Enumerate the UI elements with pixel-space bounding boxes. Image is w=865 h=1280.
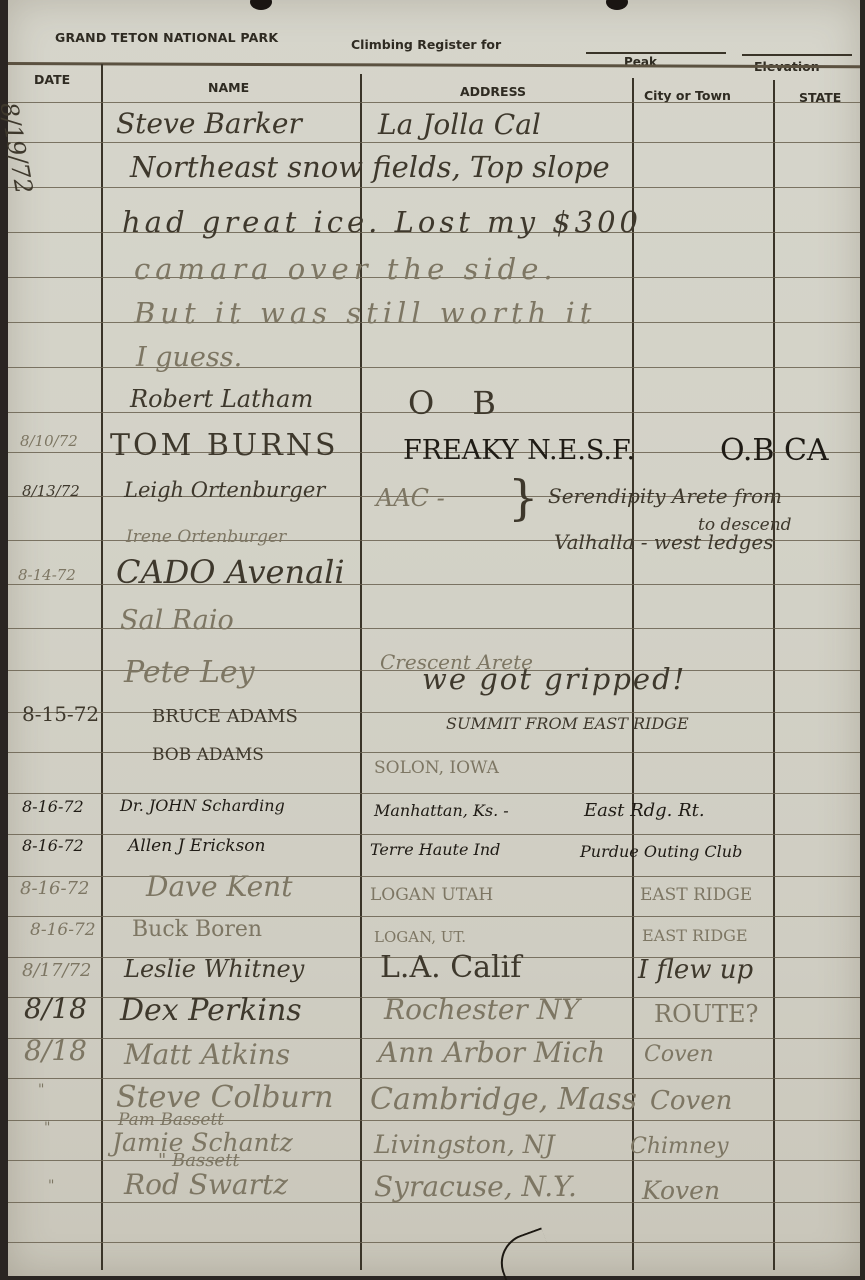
entry-name: Robert Latham: [130, 385, 313, 413]
entry-date: 8/17/72: [22, 960, 91, 981]
entry-note-line: I guess.: [136, 342, 242, 373]
entry-name: Irene Ortenburger: [126, 527, 286, 547]
ruled-line: [8, 142, 860, 143]
entry-address: L.A. Calif: [380, 950, 521, 985]
ruled-line: [8, 1242, 860, 1243]
entry-name: BRUCE ADAMS: [152, 706, 298, 727]
entry-name: Leslie Whitney: [124, 955, 304, 983]
punch-hole: [250, 0, 272, 10]
entry-address: Syracuse, N.Y.: [374, 1170, 577, 1203]
entry-name: TOM BURNS: [110, 428, 339, 463]
ruled-line: [8, 712, 860, 713]
entry-route: Valhalla - west ledges: [554, 530, 773, 554]
header-rule: [8, 62, 860, 68]
entry-address: O B: [408, 384, 510, 422]
punch-hole: [606, 0, 628, 10]
entry-name: Dex Perkins: [120, 993, 302, 1028]
entry-name: Sal Raio: [120, 605, 234, 636]
elevation-blank-line: [742, 54, 852, 56]
entry-route: East Rdg. Rt.: [584, 800, 705, 821]
entry-route: Coven: [650, 1086, 732, 1116]
entry-address: Terre Haute Ind: [370, 840, 500, 859]
entry-address: Cambridge, Mass: [370, 1082, 637, 1117]
entry-date: 8-16-72: [22, 797, 84, 816]
entry-note: we got gripped!: [422, 662, 686, 696]
entry-name: Steve Barker: [116, 107, 302, 140]
brace-symbol: }: [508, 470, 539, 526]
entry-name: Leigh Ortenburger: [124, 478, 325, 502]
entry-note-line: had great ice. Lost my $300: [122, 205, 642, 239]
entry-address: La Jolla Cal: [378, 108, 541, 141]
entry-name: Dave Kent: [146, 870, 292, 903]
entry-route: SUMMIT FROM EAST RIDGE: [446, 714, 689, 733]
entry-address: FREAKY N.E.S.F.: [403, 435, 635, 466]
entry-route: Serendipity Arete from: [548, 484, 782, 508]
entry-address: Rochester NY: [384, 993, 580, 1026]
entry-date: 8/18: [24, 1034, 87, 1067]
entry-name: CADO Avenali: [116, 553, 345, 591]
entry-name: Pete Ley: [124, 655, 255, 690]
entry-note-line: But it was still worth it: [134, 296, 596, 330]
entry-route: Coven: [644, 1042, 714, 1067]
entry-name: Buck Boren: [132, 917, 262, 942]
column-header-city: City or Town: [644, 88, 731, 103]
entry-name: Matt Atkins: [124, 1038, 290, 1071]
climbing-register-sheet: GRAND TETON NATIONAL PARK Climbing Regis…: [8, 0, 860, 1276]
paper-tear: [492, 1227, 555, 1280]
entry-address: LOGAN, UT.: [374, 928, 466, 946]
ruled-line: [8, 1160, 860, 1161]
entry-date: 8/13/72: [22, 482, 80, 500]
entry-route: Koven: [642, 1176, 720, 1205]
ruled-line: [8, 752, 860, 753]
ruled-line: [8, 876, 860, 877]
entry-route: Chimney: [630, 1134, 729, 1159]
entry-note-line: Northeast snow fields, Top slope: [130, 150, 610, 184]
entry-date: ": [48, 1178, 54, 1194]
entry-date: 8/19/72: [0, 100, 38, 196]
entry-route: EAST RIDGE: [640, 885, 752, 905]
entry-address: AAC -: [376, 484, 445, 512]
entry-route: EAST RIDGE: [642, 926, 748, 945]
entry-address: LOGAN UTAH: [370, 885, 493, 905]
entry-date: 8-14-72: [18, 566, 76, 584]
entry-date: 8/10/72: [20, 432, 78, 450]
peak-blank-line: [586, 52, 726, 54]
entry-date: 8-16-72: [30, 920, 96, 940]
entry-address: Manhattan, Ks. -: [374, 801, 509, 820]
column-header-name: NAME: [208, 80, 249, 95]
entry-date: ": [44, 1120, 50, 1136]
entry-name-note: Pam Bassett: [118, 1110, 224, 1130]
ruled-line: [8, 187, 860, 188]
park-name: GRAND TETON NATIONAL PARK: [55, 30, 278, 45]
entry-date: 8-16-72: [22, 836, 84, 855]
entry-note: I flew up: [638, 955, 753, 985]
ruled-line: [8, 102, 860, 103]
column-divider: [773, 80, 775, 1270]
entry-date: ": [38, 1082, 44, 1098]
column-header-date: DATE: [34, 72, 70, 87]
entry-date: 8-15-72: [22, 702, 99, 726]
column-divider: [101, 64, 103, 1270]
entry-name: Rod Swartz: [124, 1168, 288, 1201]
entry-name: Dr. JOHN Scharding: [120, 796, 285, 815]
entry-date: 8/18: [24, 992, 87, 1025]
entry-name: Allen J Erickson: [128, 836, 266, 856]
register-title: Climbing Register for: [351, 37, 501, 52]
entry-address: SOLON, IOWA: [374, 758, 499, 778]
entry-address: Ann Arbor Mich: [378, 1036, 605, 1069]
entry-note-line: camara over the side.: [134, 252, 558, 286]
entry-address: Livingston, NJ: [374, 1130, 555, 1159]
column-header-address: ADDRESS: [460, 84, 526, 99]
entry-date: 8-16-72: [20, 878, 89, 899]
entry-name: BOB ADAMS: [152, 745, 264, 765]
ruled-line: [8, 793, 860, 794]
entry-note: ROUTE?: [654, 1000, 758, 1028]
entry-city: O.B CA: [720, 433, 829, 468]
entry-club: Purdue Outing Club: [580, 842, 742, 861]
